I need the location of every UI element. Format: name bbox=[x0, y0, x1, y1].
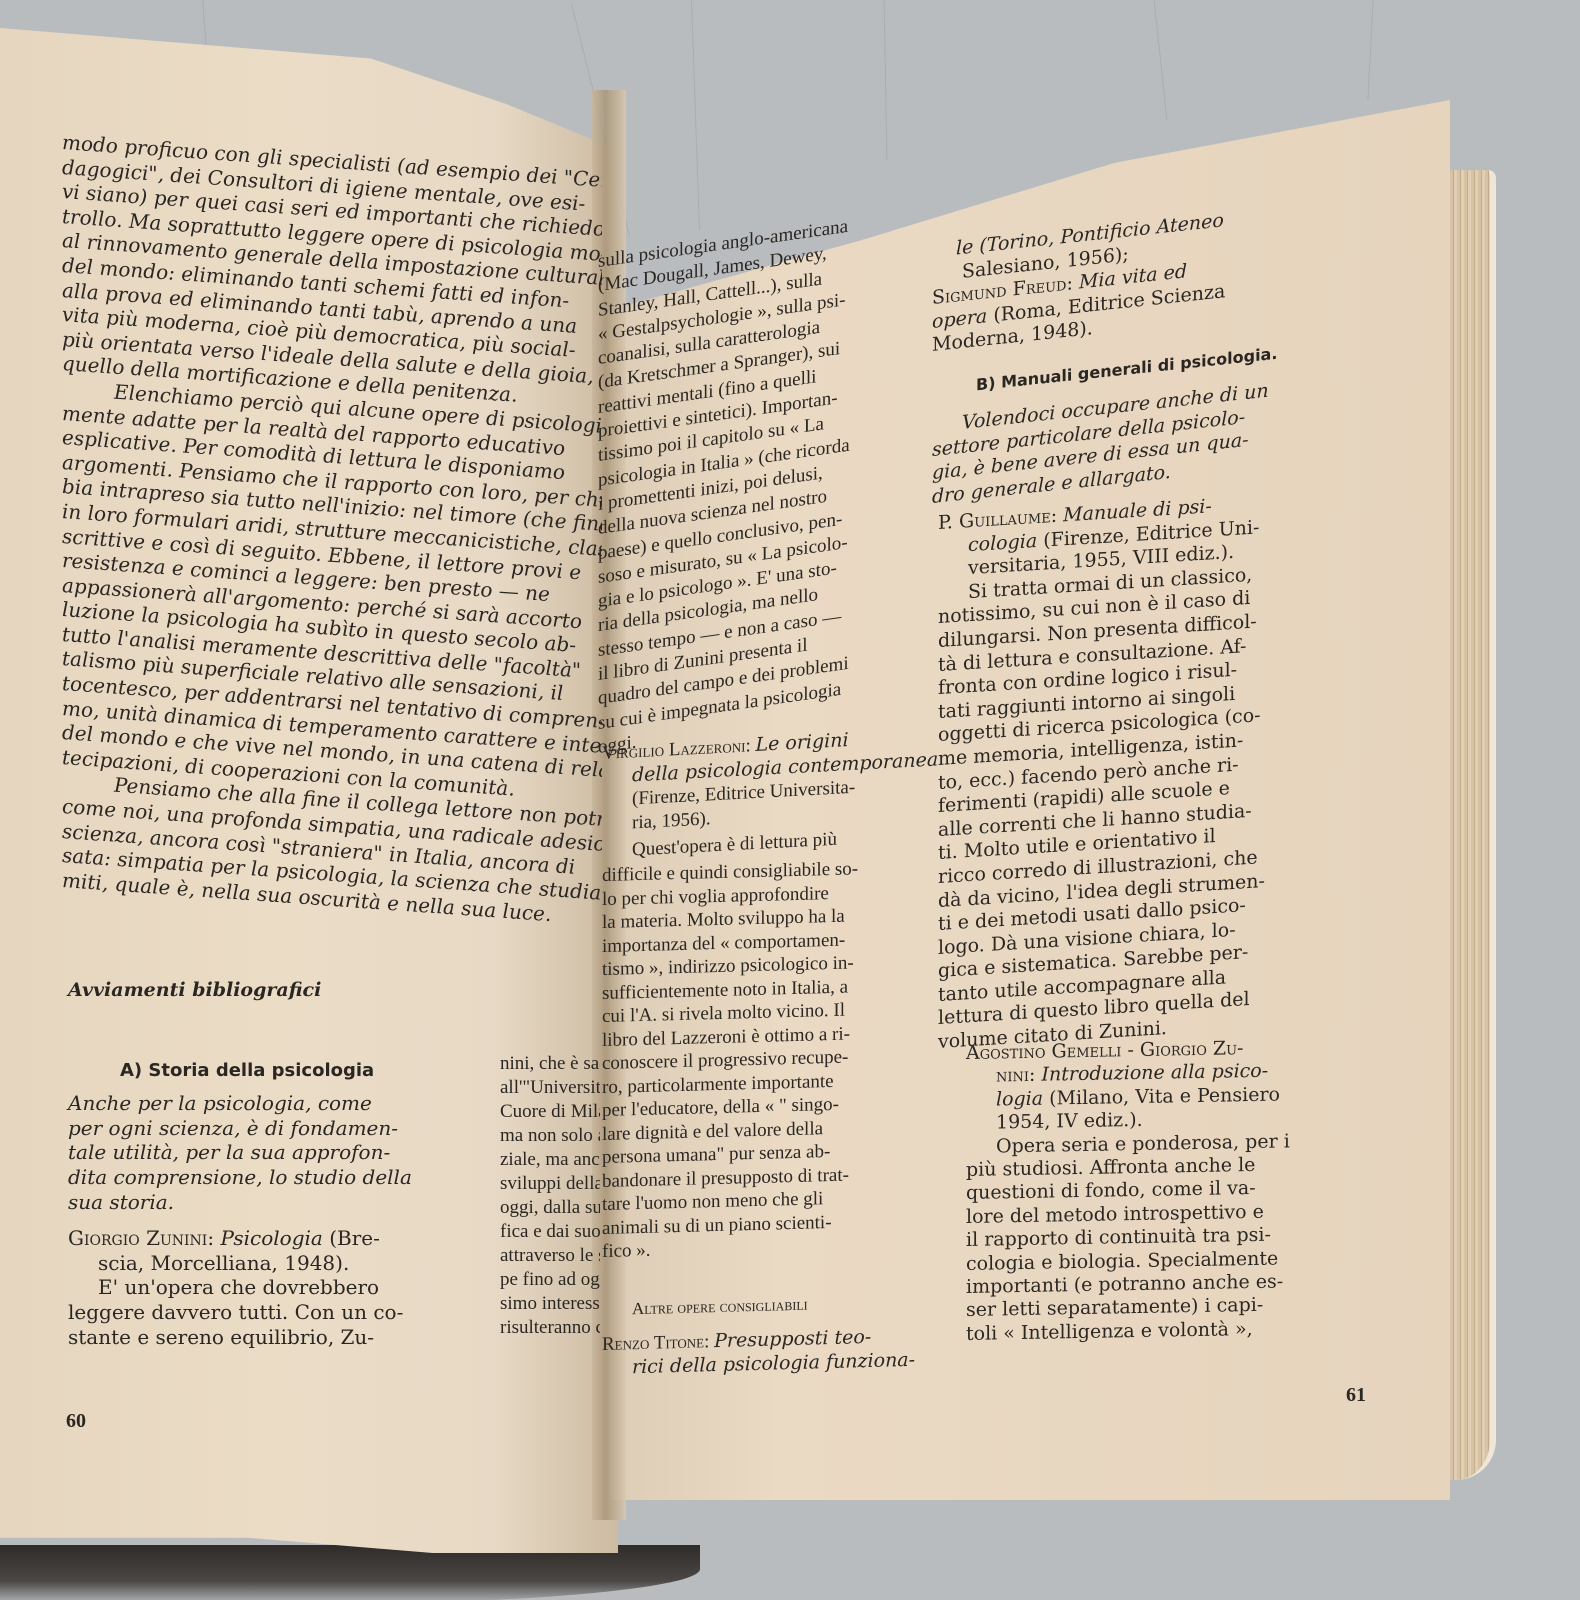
right-page-column-1: sulla psicologia anglo-americana (Mac Do… bbox=[598, 250, 928, 760]
page-edge-stack bbox=[1450, 170, 1496, 1480]
text-line: nini, che è sacerdote bbox=[500, 1052, 600, 1076]
work-title: cologia bbox=[968, 530, 1037, 556]
text-line: fica e dai suoi bbox=[500, 1220, 600, 1244]
surface-scratch bbox=[884, 0, 888, 160]
text-line: sviluppi della psicologia bbox=[500, 1172, 600, 1196]
surface-scratch bbox=[1154, 0, 1168, 119]
text-line: oggi, dalla sua bbox=[500, 1196, 600, 1220]
author: nini bbox=[996, 1064, 1029, 1087]
surface-scratch bbox=[691, 0, 700, 230]
comment-line: stante e sereno equilibrio, Zu- bbox=[68, 1325, 488, 1350]
work-title: Psicologia bbox=[220, 1226, 322, 1250]
section-title: Avviamenti bibliografici bbox=[68, 978, 488, 1003]
work-title: Presupposti teo- bbox=[714, 1325, 871, 1351]
work-title: Introduzione alla psico- bbox=[1041, 1060, 1268, 1086]
comment-line: E' un'opera che dovrebbero bbox=[68, 1275, 488, 1300]
right-page-column-2-middle: P. Guillaume: Manuale di psi- cologia (F… bbox=[938, 512, 1338, 1055]
text-line: all'"Università Cattolica del Sacro bbox=[500, 1076, 600, 1100]
intro-line: tale utilità, per la sua approfon- bbox=[68, 1140, 488, 1165]
intro-line: sua storia. bbox=[68, 1190, 488, 1215]
intro-line: per ogni scienza, è di fondamen- bbox=[68, 1116, 488, 1141]
work-title: Le origini bbox=[755, 729, 848, 756]
left-main-text: modo proficuo con gli specialisti (ad es… bbox=[62, 130, 602, 930]
text-line: pe fino ad oggi bbox=[500, 1268, 600, 1292]
author: Giorgio Zunini bbox=[68, 1226, 207, 1250]
author: Renzo Titone bbox=[602, 1331, 704, 1355]
surface-scratch bbox=[1367, 0, 1373, 100]
page-number-right: 61 bbox=[1346, 1384, 1366, 1407]
right-page-column-2-lower: Agostino Gemelli - Giorgio Zu- nini: Int… bbox=[966, 1042, 1366, 1346]
bib-entry-zunini: Giorgio Zunini: Psicologia (Bre- bbox=[68, 1226, 488, 1251]
comment-line: leggere davvero tutti. Con un co- bbox=[68, 1300, 488, 1325]
other-works-heading: Altre opere consigliabili bbox=[602, 1288, 932, 1320]
page-number-left: 60 bbox=[66, 1410, 86, 1433]
text-line: ziale, ma anche bbox=[500, 1148, 600, 1172]
publication: (Bre- bbox=[329, 1226, 380, 1250]
work-title: logia bbox=[996, 1087, 1043, 1110]
publication: scia, Morcelliana, 1948). bbox=[68, 1251, 488, 1276]
text-line: attraverso le scuole bbox=[500, 1244, 600, 1268]
book-shadow bbox=[0, 1545, 700, 1600]
intro-line: dita comprensione, lo studio della bbox=[68, 1165, 488, 1190]
left-bibliography: Avviamenti bibliografici A) Storia della… bbox=[68, 978, 488, 1349]
text-line: simo interesse bbox=[500, 1292, 600, 1316]
subsection-title-a: A) Storia della psicologia bbox=[68, 1059, 488, 1084]
text-line: Cuore di Milano, bbox=[500, 1100, 600, 1124]
intro-line: Anche per la psicologia, come bbox=[68, 1091, 488, 1116]
right-page-column-1-lower: Virgilio Lazzeroni: Le origini della psi… bbox=[602, 742, 932, 1380]
text-line: risulteranno capitoli bbox=[500, 1316, 600, 1340]
left-page-column-2: nini, che è sacerdote all'"Università Ca… bbox=[500, 1052, 600, 1340]
publication: (Milano, Vita e Pensiero bbox=[1049, 1083, 1280, 1109]
text-line: ma non solo accenna bbox=[500, 1124, 600, 1148]
right-page-column-2: le (Torino, Pontificio Ateneo Salesiano,… bbox=[932, 240, 1332, 509]
